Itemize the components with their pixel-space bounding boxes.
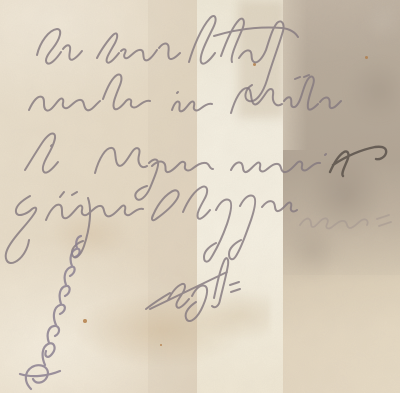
handwriting: [0, 0, 400, 393]
handwriting-line-1: [37, 16, 298, 101]
vertical-signature: [20, 236, 81, 389]
word-im: [172, 92, 212, 111]
handwriting-line-2: [29, 74, 341, 113]
handwriting-vertical-note: [20, 236, 81, 389]
word-in: [37, 29, 82, 64]
word-repariert: [231, 154, 326, 172]
handwriting-line-3: [25, 134, 386, 200]
word-winter: [231, 75, 341, 113]
handwriting-line-4: [6, 187, 391, 263]
word-unsere: [46, 192, 143, 257]
word-die: [25, 134, 58, 173]
photo-back: In dieser Kluft werden im Winter die Wag…: [0, 0, 400, 393]
word-schlosser: [152, 187, 297, 262]
handwriting-line-5: [146, 258, 240, 321]
word-mann-faint: [300, 215, 391, 228]
flourish-left: [6, 196, 36, 263]
word-schaft: [146, 258, 240, 321]
word-werden: [29, 74, 150, 110]
word-dieser: [97, 33, 180, 62]
word-repariert-end: [330, 147, 386, 176]
